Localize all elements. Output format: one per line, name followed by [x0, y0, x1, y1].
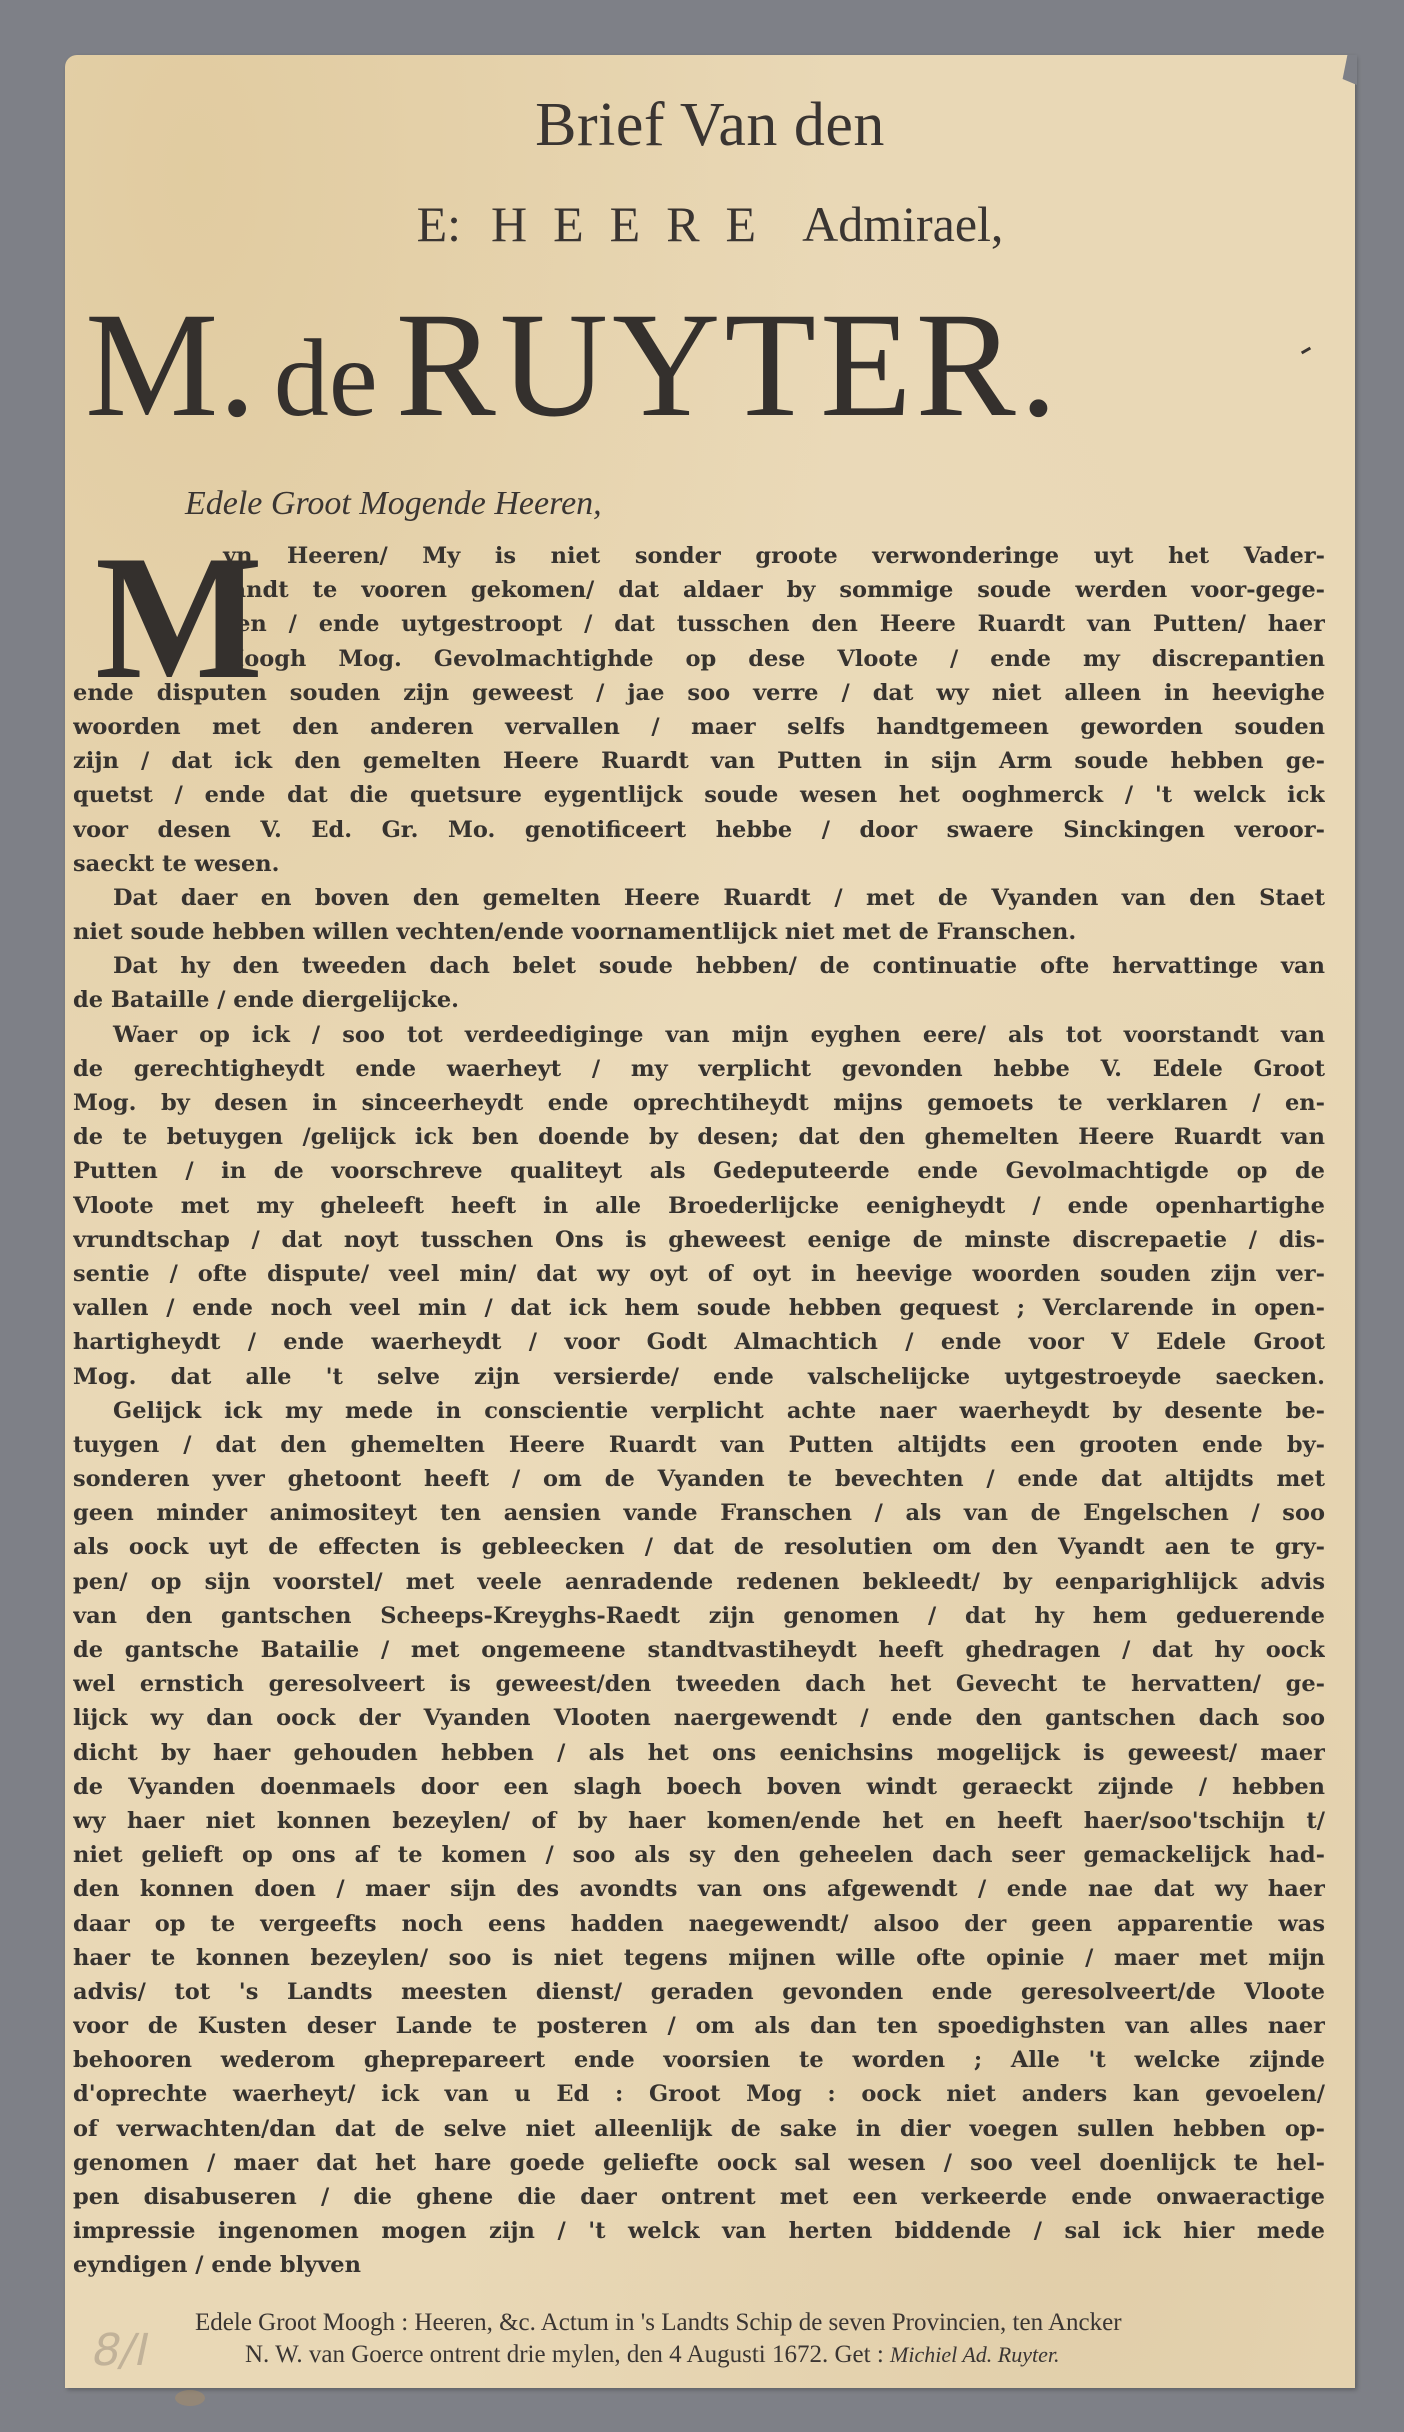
letter-body: M yn Heeren/ My is niet sonder groote ve…: [73, 539, 1325, 2283]
body-line: de te betuygen /gelijck ick ben doende b…: [73, 1120, 1325, 1154]
title-heere: HEERE: [491, 196, 782, 252]
body-line: sonderen yver ghetoont heeft / om de Vya…: [73, 1462, 1325, 1496]
closing-line-2: N. W. van Goerce ontrent drie mylen, den…: [65, 2339, 1355, 2371]
body-line: saeckt te wesen.: [73, 847, 1325, 881]
body-line: niet soude hebben willen vechten/ende vo…: [73, 915, 1325, 949]
body-line: daar op te vergeefts noch eens hadden na…: [73, 1907, 1325, 1941]
body-line: voor de Kusten deser Lande te posteren /…: [73, 2009, 1325, 2043]
body-line: de Bataille / ende diergelijcke.: [73, 983, 1325, 1017]
body-line: Gelijck ick my mede in conscientie verpl…: [73, 1394, 1325, 1428]
body-line: Mog. by desen in sinceerheydt ende oprec…: [73, 1086, 1325, 1120]
closing-block: Edele Groot Moogh : Heeren, &c. Actum in…: [65, 2307, 1355, 2371]
title-heere-admirael: E:HEEREAdmirael,: [65, 195, 1355, 253]
closing-line-1: Edele Groot Moogh : Heeren, &c. Actum in…: [65, 2307, 1355, 2339]
title-prefix: E:: [417, 196, 461, 252]
body-line: advis/ tot 's Landts meesten dienst/ ger…: [73, 1975, 1325, 2009]
closing-date-place: N. W. van Goerce ontrent drie mylen, den…: [245, 2341, 884, 2368]
body-line: vallen / ende noch veel min / dat ick he…: [73, 1291, 1325, 1325]
title-period: .: [1020, 282, 1058, 448]
body-line: de Vyanden doenmaels door een slagh boec…: [73, 1770, 1325, 1804]
body-line: d'oprechte waerheyt/ ick van u Ed : Groo…: [73, 2077, 1325, 2111]
body-line: pen/ op sijn voorstel/ met veele aenrade…: [73, 1565, 1325, 1599]
body-line: behooren wederom gheprepareert ende voor…: [73, 2043, 1325, 2077]
drop-cap: M: [95, 547, 263, 687]
signature: Michiel Ad. Ruyter.: [890, 2342, 1059, 2367]
body-line: Dat hy den tweeden dach belet soude hebb…: [73, 949, 1325, 983]
body-line: den konnen doen / maer sijn des avondts …: [73, 1872, 1325, 1906]
body-line: geen minder animositeyt ten aensien vand…: [73, 1496, 1325, 1530]
body-line: pen disabuseren / die ghene die daer ont…: [73, 2180, 1325, 2214]
body-line: haer te konnen bezeylen/ soo is niet teg…: [73, 1941, 1325, 1975]
body-line: sentie / ofte dispute/ veel min/ dat wy …: [73, 1257, 1325, 1291]
body-line: wel ernstich geresolveert is geweest/den…: [73, 1667, 1325, 1701]
title-ruyter: RUYTER: [396, 282, 1020, 448]
body-line: zijn / dat ick den gemelten Heere Ruardt…: [73, 744, 1325, 778]
title-de-ruyter: M.deRUYTER.: [85, 275, 1355, 468]
body-line: Mog. dat alle 't selve zijn versierde/ e…: [73, 1360, 1325, 1394]
body-line: als oock uyt de effecten is gebleecken /…: [73, 1530, 1325, 1564]
body-line: Putten / in de voorschreve qualiteyt als…: [73, 1154, 1325, 1188]
body-line: van den gantschen Scheeps-Kreyghs-Raedt …: [73, 1599, 1325, 1633]
body-line: Waer op ick / soo tot verdeediginge van …: [73, 1018, 1325, 1052]
body-line: tuygen / dat den ghemelten Heere Ruardt …: [73, 1428, 1325, 1462]
torn-corner: [1333, 55, 1357, 85]
body-line: eyndigen / ende blyven: [73, 2248, 1325, 2282]
body-line: quetst / ende dat die quetsure eygentlij…: [73, 778, 1325, 812]
title-de: de: [274, 317, 378, 439]
title-admirael: Admirael,: [802, 196, 1003, 252]
body-line: genomen / maer dat het hare goede gelief…: [73, 2146, 1325, 2180]
title-brief-van-den: Brief Van den: [65, 90, 1355, 161]
body-line: impressie ingenomen mogen zijn / 't welc…: [73, 2214, 1325, 2248]
body-line: Vloote met my gheleeft heeft in alle Bro…: [73, 1189, 1325, 1223]
body-line: niet gelieft op ons af te komen / soo al…: [73, 1838, 1325, 1872]
body-line: wy haer niet konnen bezeylen/ of by haer…: [73, 1804, 1325, 1838]
body-line: Dat daer en boven den gemelten Heere Rua…: [73, 881, 1325, 915]
title-initial: M.: [85, 282, 256, 448]
body-line: of verwachten/dan dat de selve niet alle…: [73, 2112, 1325, 2146]
body-line: de gerechtigheydt ende waerheyt / my ver…: [73, 1052, 1325, 1086]
body-line: voor desen V. Ed. Gr. Mo. genotificeert …: [73, 813, 1325, 847]
body-line: dicht by haer gehouden hebben / als het …: [73, 1736, 1325, 1770]
body-line: de gantsche Batailie / met ongemeene sta…: [73, 1633, 1325, 1667]
body-line: hartigheydt / ende waerheydt / voor Godt…: [73, 1325, 1325, 1359]
body-line: lijck wy dan oock der Vyanden Vlooten na…: [73, 1701, 1325, 1735]
paper-stain: [175, 2390, 205, 2406]
broadside-page: Brief Van den E:HEEREAdmirael, M.deRUYTE…: [65, 55, 1355, 2388]
body-line: vrundtschap / dat noyt tusschen Ons is g…: [73, 1223, 1325, 1257]
